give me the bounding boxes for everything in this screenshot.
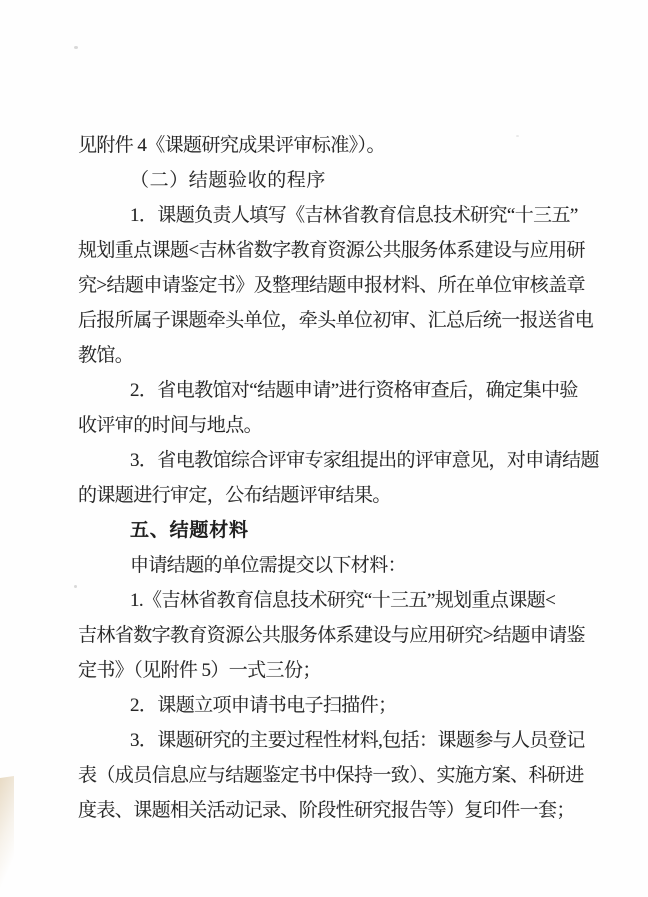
document-line: 教馆。: [78, 338, 584, 373]
document-line: 吉林省数字教育资源公共服务体系建设与应用研究>结题申请鉴: [78, 618, 584, 653]
document-line: 见附件 4《课题研究成果评审标准》）。: [78, 128, 584, 163]
document-line: 后报所属子课题牵头单位，牵头单位初审、汇总后统一报送省电: [78, 303, 584, 338]
scanned-document-page: 见附件 4《课题研究成果评审标准》）。 （二）结题验收的程序 1．课题负责人填写…: [0, 0, 648, 897]
document-line: 表（成员信息应与结题鉴定书中保持一致）、实施方案、科研进: [78, 758, 584, 793]
document-line: 的课题进行审定，公布结题评审结果。: [78, 478, 584, 513]
document-line: 度表、课题相关活动记录、阶段性研究报告等）复印件一套；: [78, 793, 584, 828]
scan-speck-artifact: [74, 46, 78, 49]
section-heading: 五、结题材料: [78, 513, 584, 548]
document-line: 申请结题的单位需提交以下材料：: [78, 548, 584, 583]
document-line: 3．省电教馆综合评审专家组提出的评审意见，对申请结题: [78, 443, 584, 478]
document-line: 规划重点课题<吉林省数字教育资源公共服务体系建设与应用研: [78, 233, 584, 268]
document-line: 3．课题研究的主要过程性材料,包括：课题参与人员登记: [78, 723, 584, 758]
document-line: 究>结题申请鉴定书》及整理结题申报材料、所在单位审核盖章: [78, 268, 584, 303]
document-line: 2．省电教馆对“结题申请”进行资格审查后，确定集中验: [78, 373, 584, 408]
document-line: 1．课题负责人填写《吉林省教育信息技术研究“十三五”: [78, 198, 584, 233]
document-line: 1.《吉林省教育信息技术研究“十三五”规划重点课题<: [78, 583, 584, 618]
document-line: 2．课题立项申请书电子扫描件；: [78, 688, 584, 723]
document-body: 见附件 4《课题研究成果评审标准》）。 （二）结题验收的程序 1．课题负责人填写…: [0, 128, 648, 828]
section-subheading: （二）结题验收的程序: [78, 163, 584, 198]
document-line: 收评审的时间与地点。: [78, 408, 584, 443]
document-line: 定书》（见附件 5）一式三份；: [78, 653, 584, 688]
